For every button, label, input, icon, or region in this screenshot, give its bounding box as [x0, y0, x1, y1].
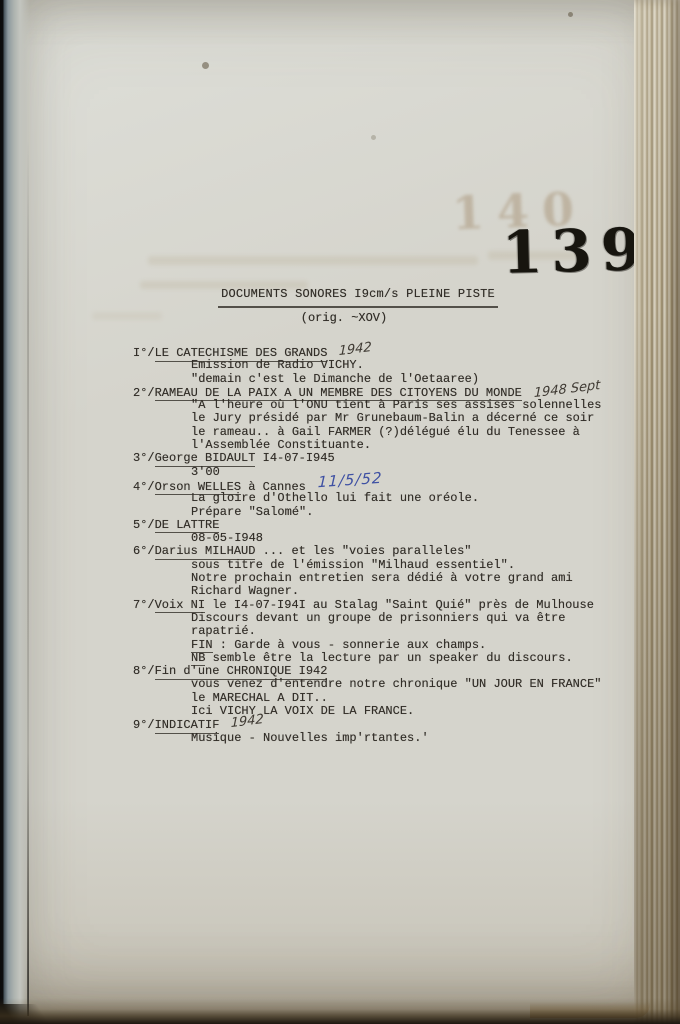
- list-item-body-line: le rameau.. à Gail FARMER (?)délégué élu…: [133, 426, 653, 439]
- list-item-body-line: Musique - Nouvelles imp'rtantes.': [133, 732, 653, 745]
- list-item-body-line: Prépare "Salomé".: [133, 506, 653, 519]
- list-item-head: 8°/Fin d'une CHRONIQUE I942: [133, 665, 653, 678]
- item-number: 8°/: [133, 664, 155, 678]
- handwritten-annotation: 1942: [231, 713, 264, 730]
- document-header: DOCUMENTS SONORES I9cm/s PLEINE PISTE (o…: [160, 284, 556, 325]
- list-item-body-line: Ici VICHY LA VOIX DE LA FRANCE.: [133, 705, 653, 718]
- item-number: 4°/: [133, 480, 155, 494]
- item-number: 9°/: [133, 718, 155, 732]
- list-item-head: 5°/DE LATTRE: [133, 519, 653, 532]
- list-item-head: 6°/Darius MILHAUD ... et les "voies para…: [133, 545, 653, 558]
- list-item-body-line: 08-05-I948: [133, 532, 653, 545]
- book-scan: 140 139 DOCUMENTS SONORES I9cm/s PLEINE …: [0, 0, 680, 1024]
- list-item-body-line: La gloire d'Othello lui fait une oréole.: [133, 492, 653, 505]
- document-title: DOCUMENTS SONORES I9cm/s PLEINE PISTE: [160, 284, 556, 302]
- list-item-body-line: NB semble être la lecture par un speaker…: [133, 652, 653, 665]
- item-number: 6°/: [133, 544, 155, 558]
- list-item-body-line: "A l'heure où l'ONU tient à Paris ses as…: [133, 399, 653, 412]
- list-item-body-line: l'Assemblée Constituante.: [133, 439, 653, 452]
- handwritten-annotation: 1942: [339, 341, 372, 358]
- handwritten-annotation: 11/5/52: [317, 472, 382, 490]
- item-title-suffix: le I4-07-I94I au Stalag "Saint Quié" prè…: [205, 598, 594, 612]
- item-title-suffix: I4-07-I945: [255, 451, 334, 465]
- item-number: 2°/: [133, 386, 155, 400]
- list-item-body-line: Richard Wagner.: [133, 585, 653, 598]
- list-item-body-line: sous titre de l'émission "Milhaud essent…: [133, 559, 653, 572]
- list-item-head: 2°/RAMEAU DE LA PAIX A UN MEMBRE DES CIT…: [133, 386, 653, 399]
- list-item-body-line: vous venez d'entendre notre chronique "U…: [133, 678, 653, 691]
- typed-list: I°/LE CATECHISME DES GRANDS1942Emission …: [133, 346, 653, 745]
- list-item-body-line: Discours devant un groupe de prisonniers…: [133, 612, 653, 625]
- item-number: 7°/: [133, 598, 155, 612]
- list-item-body-line: rapatrié.: [133, 625, 653, 638]
- page-stamp-number: 139: [501, 220, 651, 282]
- list-item-body-line: le Jury présidé par Mr Grunebaum-Balin a…: [133, 412, 653, 425]
- item-number: I°/: [133, 346, 155, 360]
- list-item-body-line: Emission de Radio VICHY.: [133, 359, 653, 372]
- item-title-suffix: ... et les "voies paralleles": [255, 544, 471, 558]
- list-item-head: 9°/INDICATIF1942: [133, 718, 653, 731]
- list-item-head: 4°/Orson WELLES à Cannes11/5/52: [133, 479, 653, 492]
- list-item-head: I°/LE CATECHISME DES GRANDS1942: [133, 346, 653, 359]
- item-number: 5°/: [133, 518, 155, 532]
- item-number: 3°/: [133, 451, 155, 465]
- list-item-body-line: Notre prochain entretien sera dédié à vo…: [133, 572, 653, 585]
- list-item-body-line: le MARECHAL A DIT..: [133, 692, 653, 705]
- list-item-head: 7°/Voix NI le I4-07-I94I au Stalag "Sain…: [133, 599, 653, 612]
- list-item-head: 3°/George BIDAULT I4-07-I945: [133, 452, 653, 465]
- document-subtitle: (orig. ~XOV): [146, 311, 542, 325]
- list-item-body-line: 3'00: [133, 466, 653, 479]
- list-item-body-line: FIN : Garde à vous - sonnerie aux champs…: [133, 639, 653, 652]
